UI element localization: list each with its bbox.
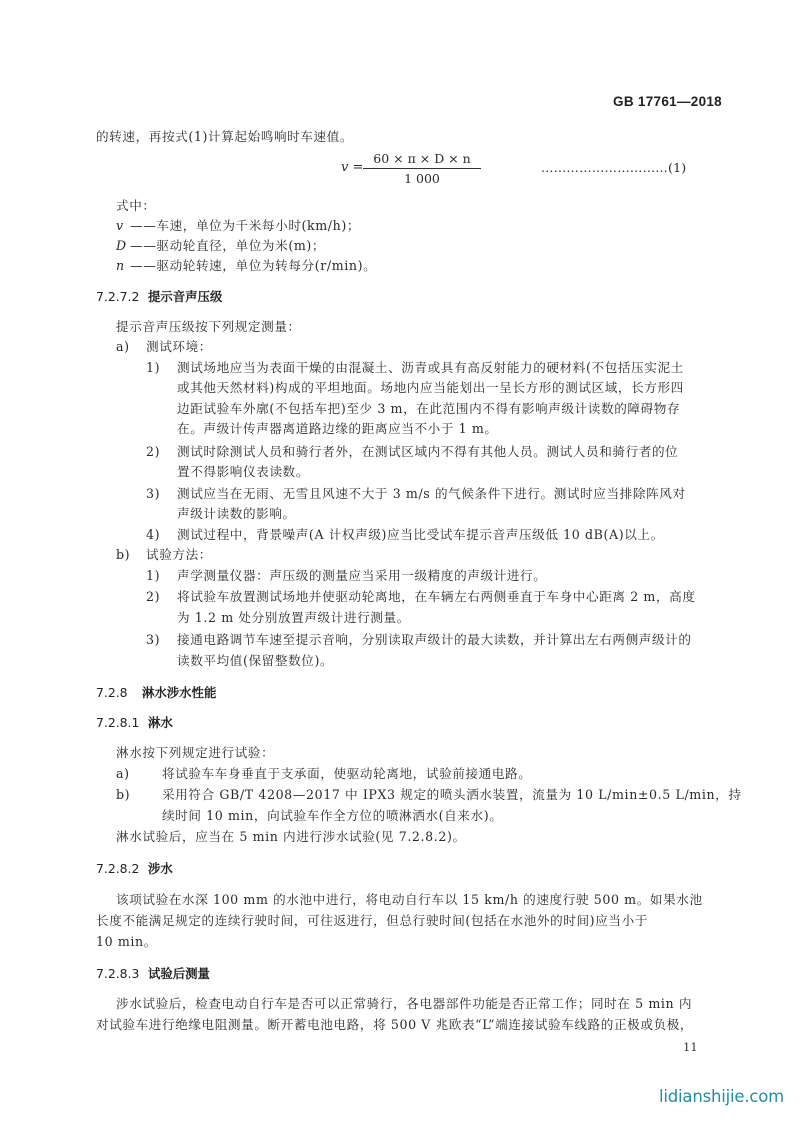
paragraph: 淋水按下列规定进行试验： — [116, 745, 274, 761]
section-title: 淋水 — [148, 715, 173, 730]
page-number: 11 — [683, 1040, 698, 1054]
var-desc: ——车速，单位为千米每小时(km/h)； — [130, 218, 360, 233]
list-text: 在。声级计传声器离道路边缘的距离应当不小于 1 m。 — [177, 421, 498, 437]
intro-line: 的转速，再按式(1)计算起始鸣响时车速值。 — [96, 129, 353, 145]
list-marker: 3) — [146, 486, 160, 502]
section-heading-7272: 7.2.7.2提示音声压级 — [96, 289, 222, 305]
section-heading-7282: 7.2.8.2涉水 — [96, 861, 173, 877]
list-text: 测试场地应当为表面干燥的由混凝土、沥青或具有高反射能力的硬材料(不包括压实泥土 — [177, 360, 684, 376]
var-symbol: v — [116, 218, 130, 234]
formula-denominator: 1 000 — [363, 171, 481, 187]
list-text: 接通电路调节车速至提示音响，分别读取声级计的最大读数，并计算出左右两侧声级计的 — [177, 632, 692, 648]
section-number: 7.2.8.3 — [96, 966, 148, 982]
section-title: 提示音声压级 — [148, 289, 222, 304]
list-text: 测试时除测试人员和骑行者外，在测试区域内不得有其他人员。测试人员和骑行者的位 — [177, 444, 678, 460]
section-heading-7283: 7.2.8.3试验后测量 — [96, 966, 210, 982]
list-text: 边距试验车外廓(不包括车把)至少 3 m，在此范围内不得有影响声级计读数的障碍物… — [177, 401, 680, 417]
var-symbol: D — [116, 238, 130, 254]
where-var-v: v——车速，单位为千米每小时(km/h)； — [116, 218, 360, 234]
formula-lhs: v = — [341, 160, 363, 175]
list-marker: 1) — [146, 360, 160, 376]
section-title: 试验后测量 — [148, 966, 210, 981]
list-marker: 4) — [146, 527, 160, 543]
var-symbol: n — [116, 258, 130, 274]
section-title: 涉水 — [148, 861, 173, 876]
var-desc: ——驱动轮直径，单位为米(m)； — [130, 238, 325, 253]
list-marker: a) — [116, 339, 146, 355]
section-number: 7.2.7.2 — [96, 289, 148, 305]
list-marker: a) — [116, 766, 130, 782]
paragraph: 淋水试验后，应当在 5 min 内进行涉水试验(见 7.2.8.2)。 — [116, 829, 466, 845]
var-desc: ——驱动轮转速，单位为转每分(r/min)。 — [130, 258, 376, 273]
list-item-b: b)试验方法： — [116, 547, 212, 563]
list-text: 读数平均值(保留整数位)。 — [177, 653, 333, 669]
fraction-bar — [363, 168, 481, 169]
list-text: 将试验车车身垂直于支承面，使驱动轮离地，试验前接通电路。 — [162, 766, 531, 782]
list-marker: 2) — [146, 589, 160, 605]
document-page: GB 17761—2018 的转速，再按式(1)计算起始鸣响时车速值。 v = … — [0, 0, 800, 1131]
list-marker: b) — [116, 787, 130, 803]
watermark-link[interactable]: lidianshijie.com — [659, 1087, 784, 1106]
paragraph-line: 长度不能满足规定的连续行驶时间，可往返进行，但总行驶时间(包括在水池外的时间)应… — [96, 913, 648, 929]
equation-number: …………………………(1) — [541, 160, 686, 175]
where-label: 式中： — [116, 198, 156, 214]
paragraph-line: 10 min。 — [96, 934, 157, 950]
where-var-d: D——驱动轮直径，单位为米(m)； — [116, 238, 325, 254]
list-marker: 1) — [146, 568, 160, 584]
list-text: 置不得影响仪表读数。 — [177, 464, 309, 480]
list-title: 测试环境： — [146, 339, 212, 354]
list-item-a: a)测试环境： — [116, 339, 212, 355]
section-number: 7.2.8 — [96, 685, 142, 701]
standard-code: GB 17761—2018 — [613, 94, 722, 109]
formula-1: v = 60 × π × D × n 1 000 — [341, 151, 481, 187]
where-var-n: n——驱动轮转速，单位为转每分(r/min)。 — [116, 258, 376, 274]
list-text: 声学测量仪器：声压级的测量应当采用一级精度的声级计进行。 — [177, 568, 546, 584]
paragraph-line: 涉水试验后，检查电动自行车是否可以正常骑行，各电器部件功能是否正常工作；同时在 … — [116, 996, 692, 1012]
paragraph-line: 该项试验在水深 100 mm 的水池中进行，将电动自行车以 15 km/h 的速… — [116, 892, 703, 908]
list-text: 为 1.2 m 处分别放置声级计进行测量。 — [177, 610, 410, 626]
section-heading-728: 7.2.8淋水涉水性能 — [96, 685, 216, 701]
section-heading-7281: 7.2.8.1淋水 — [96, 715, 173, 731]
section-title: 淋水涉水性能 — [142, 685, 216, 700]
list-marker: b) — [116, 547, 146, 563]
formula-fraction: 60 × π × D × n 1 000 — [363, 151, 481, 187]
section-number: 7.2.8.2 — [96, 861, 148, 877]
list-marker: 3) — [146, 632, 160, 648]
list-title: 试验方法： — [146, 547, 212, 562]
paragraph: 提示音声压级按下列规定测量： — [116, 319, 301, 335]
list-text: 或其他天然材料)构成的平坦地面。场地内应当能划出一呈长方形的测试区域，长方形四 — [177, 380, 684, 396]
paragraph-line: 对试验车进行绝缘电阻测量。断开蓄电池电路，将 500 V 兆欧表“L”端连接试验… — [96, 1017, 693, 1033]
formula-numerator: 60 × π × D × n — [363, 151, 481, 167]
list-text: 声级计读数的影响。 — [177, 506, 296, 522]
list-marker: 2) — [146, 444, 160, 460]
list-text: 将试验车放置测试场地并使驱动轮离地，在车辆左右两侧垂直于车身中心距离 2 m，高… — [177, 589, 696, 605]
list-text: 续时间 10 min，向试验车作全方位的喷淋洒水(自来水)。 — [162, 808, 502, 824]
list-text: 测试应当在无雨、无雪且风速不大于 3 m/s 的气候条件下进行。测试时应当排除阵… — [177, 486, 686, 502]
list-text: 采用符合 GB/T 4208—2017 中 IPX3 规定的喷头洒水装置，流量为… — [162, 787, 742, 803]
list-text: 测试过程中，背景噪声(A 计权声级)应当比受试车提示音声压级低 10 dB(A)… — [177, 527, 664, 543]
section-number: 7.2.8.1 — [96, 715, 148, 731]
